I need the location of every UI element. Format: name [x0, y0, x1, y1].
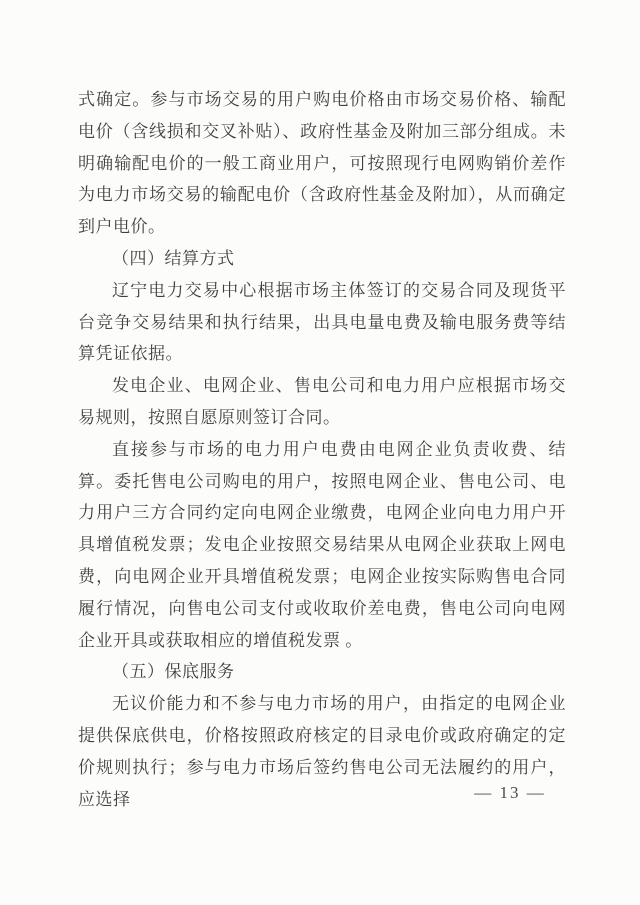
paragraph-price-composition: 式确定。参与市场交易的用户购电价格由市场交易价格、输配电价（含线损和交叉补贴）、…	[78, 84, 566, 243]
paragraph-trading-center-settlement: 辽宁电力交易中心根据市场主体签订的交易合同及现货平台竞争交易结果和执行结果，出具…	[78, 275, 566, 370]
paragraph-fee-collection-invoicing: 直接参与市场的电力用户电费由电网企业负责收费、结算。委托售电公司购电的用户，按照…	[78, 434, 566, 657]
heading-backstop-service: （五）保底服务	[78, 656, 566, 688]
page-number: — 13 —	[455, 783, 565, 803]
document-body: 式确定。参与市场交易的用户购电价格由市场交易价格、输配电价（含线损和交叉补贴）、…	[78, 84, 566, 815]
document-page: 式确定。参与市场交易的用户购电价格由市场交易价格、输配电价（含线损和交叉补贴）、…	[0, 0, 640, 905]
heading-settlement-method: （四）结算方式	[78, 243, 566, 275]
paragraph-contract-signing: 发电企业、电网企业、售电公司和电力用户应根据市场交易规则，按照自愿原则签订合同。	[78, 370, 566, 434]
